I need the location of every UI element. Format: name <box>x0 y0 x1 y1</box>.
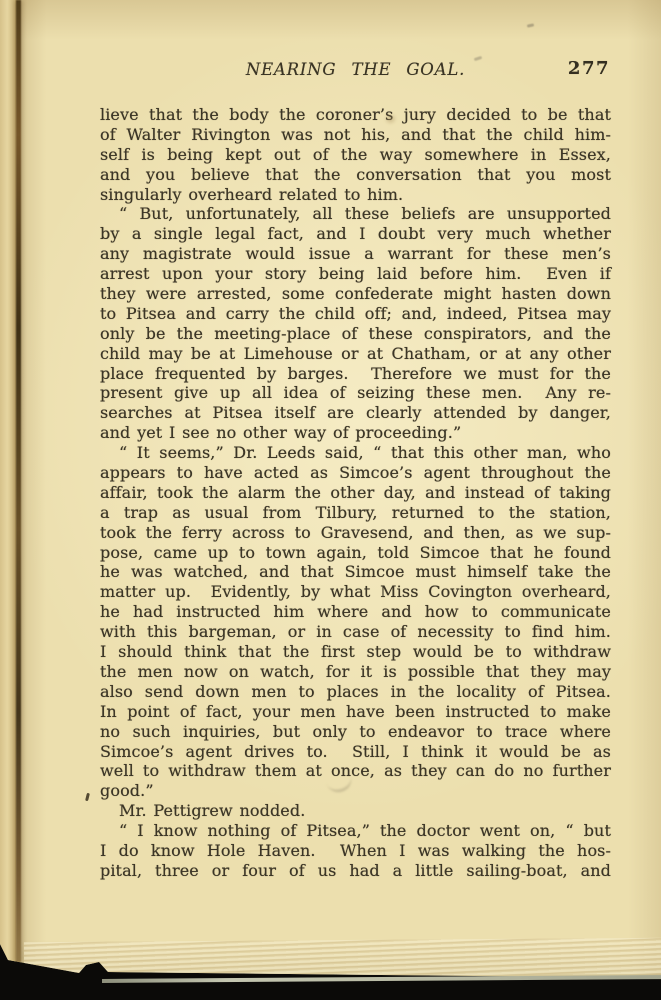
text-line: by a single legal fact, and I doubt very… <box>100 224 611 244</box>
text-line: a trap as usual from Tilbury, returned t… <box>100 503 611 523</box>
text-line: also send down men to places in the loca… <box>100 682 611 702</box>
text-line: appears to have acted as Simcoe’s agent … <box>100 463 611 483</box>
page-number: 277 <box>568 58 610 79</box>
text-line: the men now on watch, for it is possible… <box>100 662 611 682</box>
paper-stain <box>386 115 395 123</box>
paragraph: “ But, unfortunately, all these beliefs … <box>100 204 611 443</box>
paper-speck <box>527 23 534 27</box>
text-line: they were arrested, some confederate mig… <box>100 284 611 304</box>
text-line: of Walter Rivington was not his, and tha… <box>100 125 611 145</box>
body-text: lieve that the body the coroner’s jury d… <box>100 105 611 881</box>
running-title: NEARING THE GOAL. <box>100 59 611 80</box>
text-line: Simcoe’s agent drives to. Still, I think… <box>100 742 611 762</box>
page-header: NEARING THE GOAL. 277 <box>100 59 611 80</box>
text-line: affair, took the alarm the other day, an… <box>100 483 611 503</box>
text-line: with this bargeman, or in case of necess… <box>100 622 611 642</box>
text-line: arrest upon your story being laid before… <box>100 264 611 284</box>
text-line: searches at Pitsea itself are clearly at… <box>100 403 611 423</box>
text-line: and you believe that the conversation th… <box>100 165 611 185</box>
text-line: and yet I see no other way of proceeding… <box>100 423 611 443</box>
text-line: singularly overheard related to him. <box>100 185 611 205</box>
text-line: no such inquiries, but only to endeavor … <box>100 722 611 742</box>
text-line: to Pitsea and carry the child off; and, … <box>100 304 611 324</box>
ink-speck <box>85 793 90 801</box>
text-line: good.” <box>100 781 611 801</box>
page-edge-stack <box>24 938 661 978</box>
text-line: Mr. Pettigrew nodded. <box>100 801 611 821</box>
page-gutter-strip <box>0 0 16 970</box>
text-line: lieve that the body the coroner’s jury d… <box>100 105 611 125</box>
book-cover-edge <box>102 975 661 983</box>
paragraph: lieve that the body the coroner’s jury d… <box>100 105 611 204</box>
text-line: In point of fact, your men have been ins… <box>100 702 611 722</box>
text-line: “ But, unfortunately, all these beliefs … <box>100 204 611 224</box>
gutter-crease-shadow <box>16 0 21 962</box>
text-line: only be the meeting-place of these consp… <box>100 324 611 344</box>
text-line: child may be at Limehouse or at Chatham,… <box>100 344 611 364</box>
text-line: self is being kept out of the way somewh… <box>100 145 611 165</box>
text-line: he had instructed him where and how to c… <box>100 602 611 622</box>
scanned-book-photo: NEARING THE GOAL. 277 lieve that the bod… <box>0 0 661 1000</box>
book-page: NEARING THE GOAL. 277 lieve that the bod… <box>0 0 661 1000</box>
paragraph: Mr. Pettigrew nodded. <box>100 801 611 821</box>
text-line: I do know Hole Haven. When I was walking… <box>100 841 611 861</box>
text-line: place frequented by barges. Therefore we… <box>100 364 611 384</box>
paragraph: “ I know nothing of Pitsea,” the doctor … <box>100 821 611 881</box>
text-line: pose, came up to town again, told Simcoe… <box>100 543 611 563</box>
text-line: I should think that the first step would… <box>100 642 611 662</box>
text-line: present give up all idea of seizing thes… <box>100 383 611 403</box>
text-line: “ I know nothing of Pitsea,” the doctor … <box>100 821 611 841</box>
text-line: he was watched, and that Simcoe must him… <box>100 562 611 582</box>
text-line: took the ferry across to Gravesend, and … <box>100 523 611 543</box>
text-line: well to withdraw them at once, as they c… <box>100 761 611 781</box>
text-line: pital, three or four of us had a little … <box>100 861 611 881</box>
text-block: NEARING THE GOAL. 277 lieve that the bod… <box>100 59 611 881</box>
text-line: matter up. Evidently, by what Miss Covin… <box>100 582 611 602</box>
text-line: any magistrate would issue a warrant for… <box>100 244 611 264</box>
paragraph: “ It seems,” Dr. Leeds said, “ that this… <box>100 443 611 801</box>
text-line: “ It seems,” Dr. Leeds said, “ that this… <box>100 443 611 463</box>
